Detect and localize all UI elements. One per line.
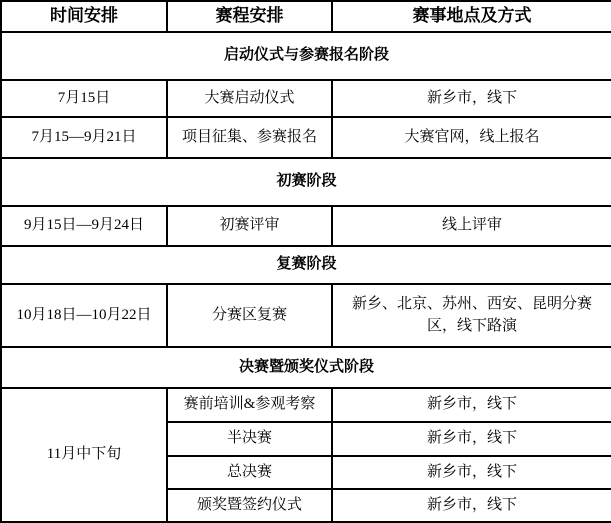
location-cell: 新乡市，线下 [332,489,611,522]
time-cell-rowspan: 11月中下旬 [1,388,167,522]
event-cell: 颁奖暨签约仪式 [167,489,332,522]
location-cell: 新乡市，线下 [332,80,611,117]
event-cell: 项目征集、参赛报名 [167,117,332,158]
time-cell: 10月18日—10月22日 [1,284,167,347]
event-cell: 分赛区复赛 [167,284,332,347]
section-title-preliminary: 初赛阶段 [1,158,611,206]
event-cell: 总决赛 [167,456,332,489]
table-row: 11月中下旬 赛前培训&参观考察 新乡市，线下 [1,388,611,422]
event-cell: 大赛启动仪式 [167,80,332,117]
schedule-page: 时间安排 赛程安排 赛事地点及方式 启动仪式与参赛报名阶段 7月15日 大赛启动… [0,0,611,522]
table-row: 7月15日 大赛启动仪式 新乡市，线下 [1,80,611,117]
column-header-location: 赛事地点及方式 [332,1,611,32]
location-cell: 新乡市，线下 [332,456,611,489]
event-cell: 初赛评审 [167,206,332,246]
column-header-time: 时间安排 [1,1,167,32]
section-title-finals: 决赛暨颁奖仪式阶段 [1,347,611,388]
table-row: 7月15—9月21日 项目征集、参赛报名 大赛官网，线上报名 [1,117,611,158]
section-row-preliminary: 初赛阶段 [1,158,611,206]
column-header-schedule: 赛程安排 [167,1,332,32]
section-row-finals: 决赛暨颁奖仪式阶段 [1,347,611,388]
section-title-regional: 复赛阶段 [1,246,611,284]
table-row: 9月15日—9月24日 初赛评审 线上评审 [1,206,611,246]
location-cell: 新乡市，线下 [332,388,611,422]
time-cell: 7月15日 [1,80,167,117]
section-title-launch: 启动仪式与参赛报名阶段 [1,32,611,80]
location-cell: 新乡市，线下 [332,422,611,456]
location-cell: 新乡、北京、苏州、西安、昆明分赛区，线下路演 [332,284,611,347]
time-cell: 9月15日—9月24日 [1,206,167,246]
time-cell: 7月15—9月21日 [1,117,167,158]
table-row: 10月18日—10月22日 分赛区复赛 新乡、北京、苏州、西安、昆明分赛区，线下… [1,284,611,347]
location-cell: 大赛官网，线上报名 [332,117,611,158]
event-cell: 赛前培训&参观考察 [167,388,332,422]
section-row-launch: 启动仪式与参赛报名阶段 [1,32,611,80]
location-cell: 线上评审 [332,206,611,246]
event-cell: 半决赛 [167,422,332,456]
schedule-table: 时间安排 赛程安排 赛事地点及方式 启动仪式与参赛报名阶段 7月15日 大赛启动… [0,0,611,523]
section-row-regional: 复赛阶段 [1,246,611,284]
table-header-row: 时间安排 赛程安排 赛事地点及方式 [1,1,611,32]
